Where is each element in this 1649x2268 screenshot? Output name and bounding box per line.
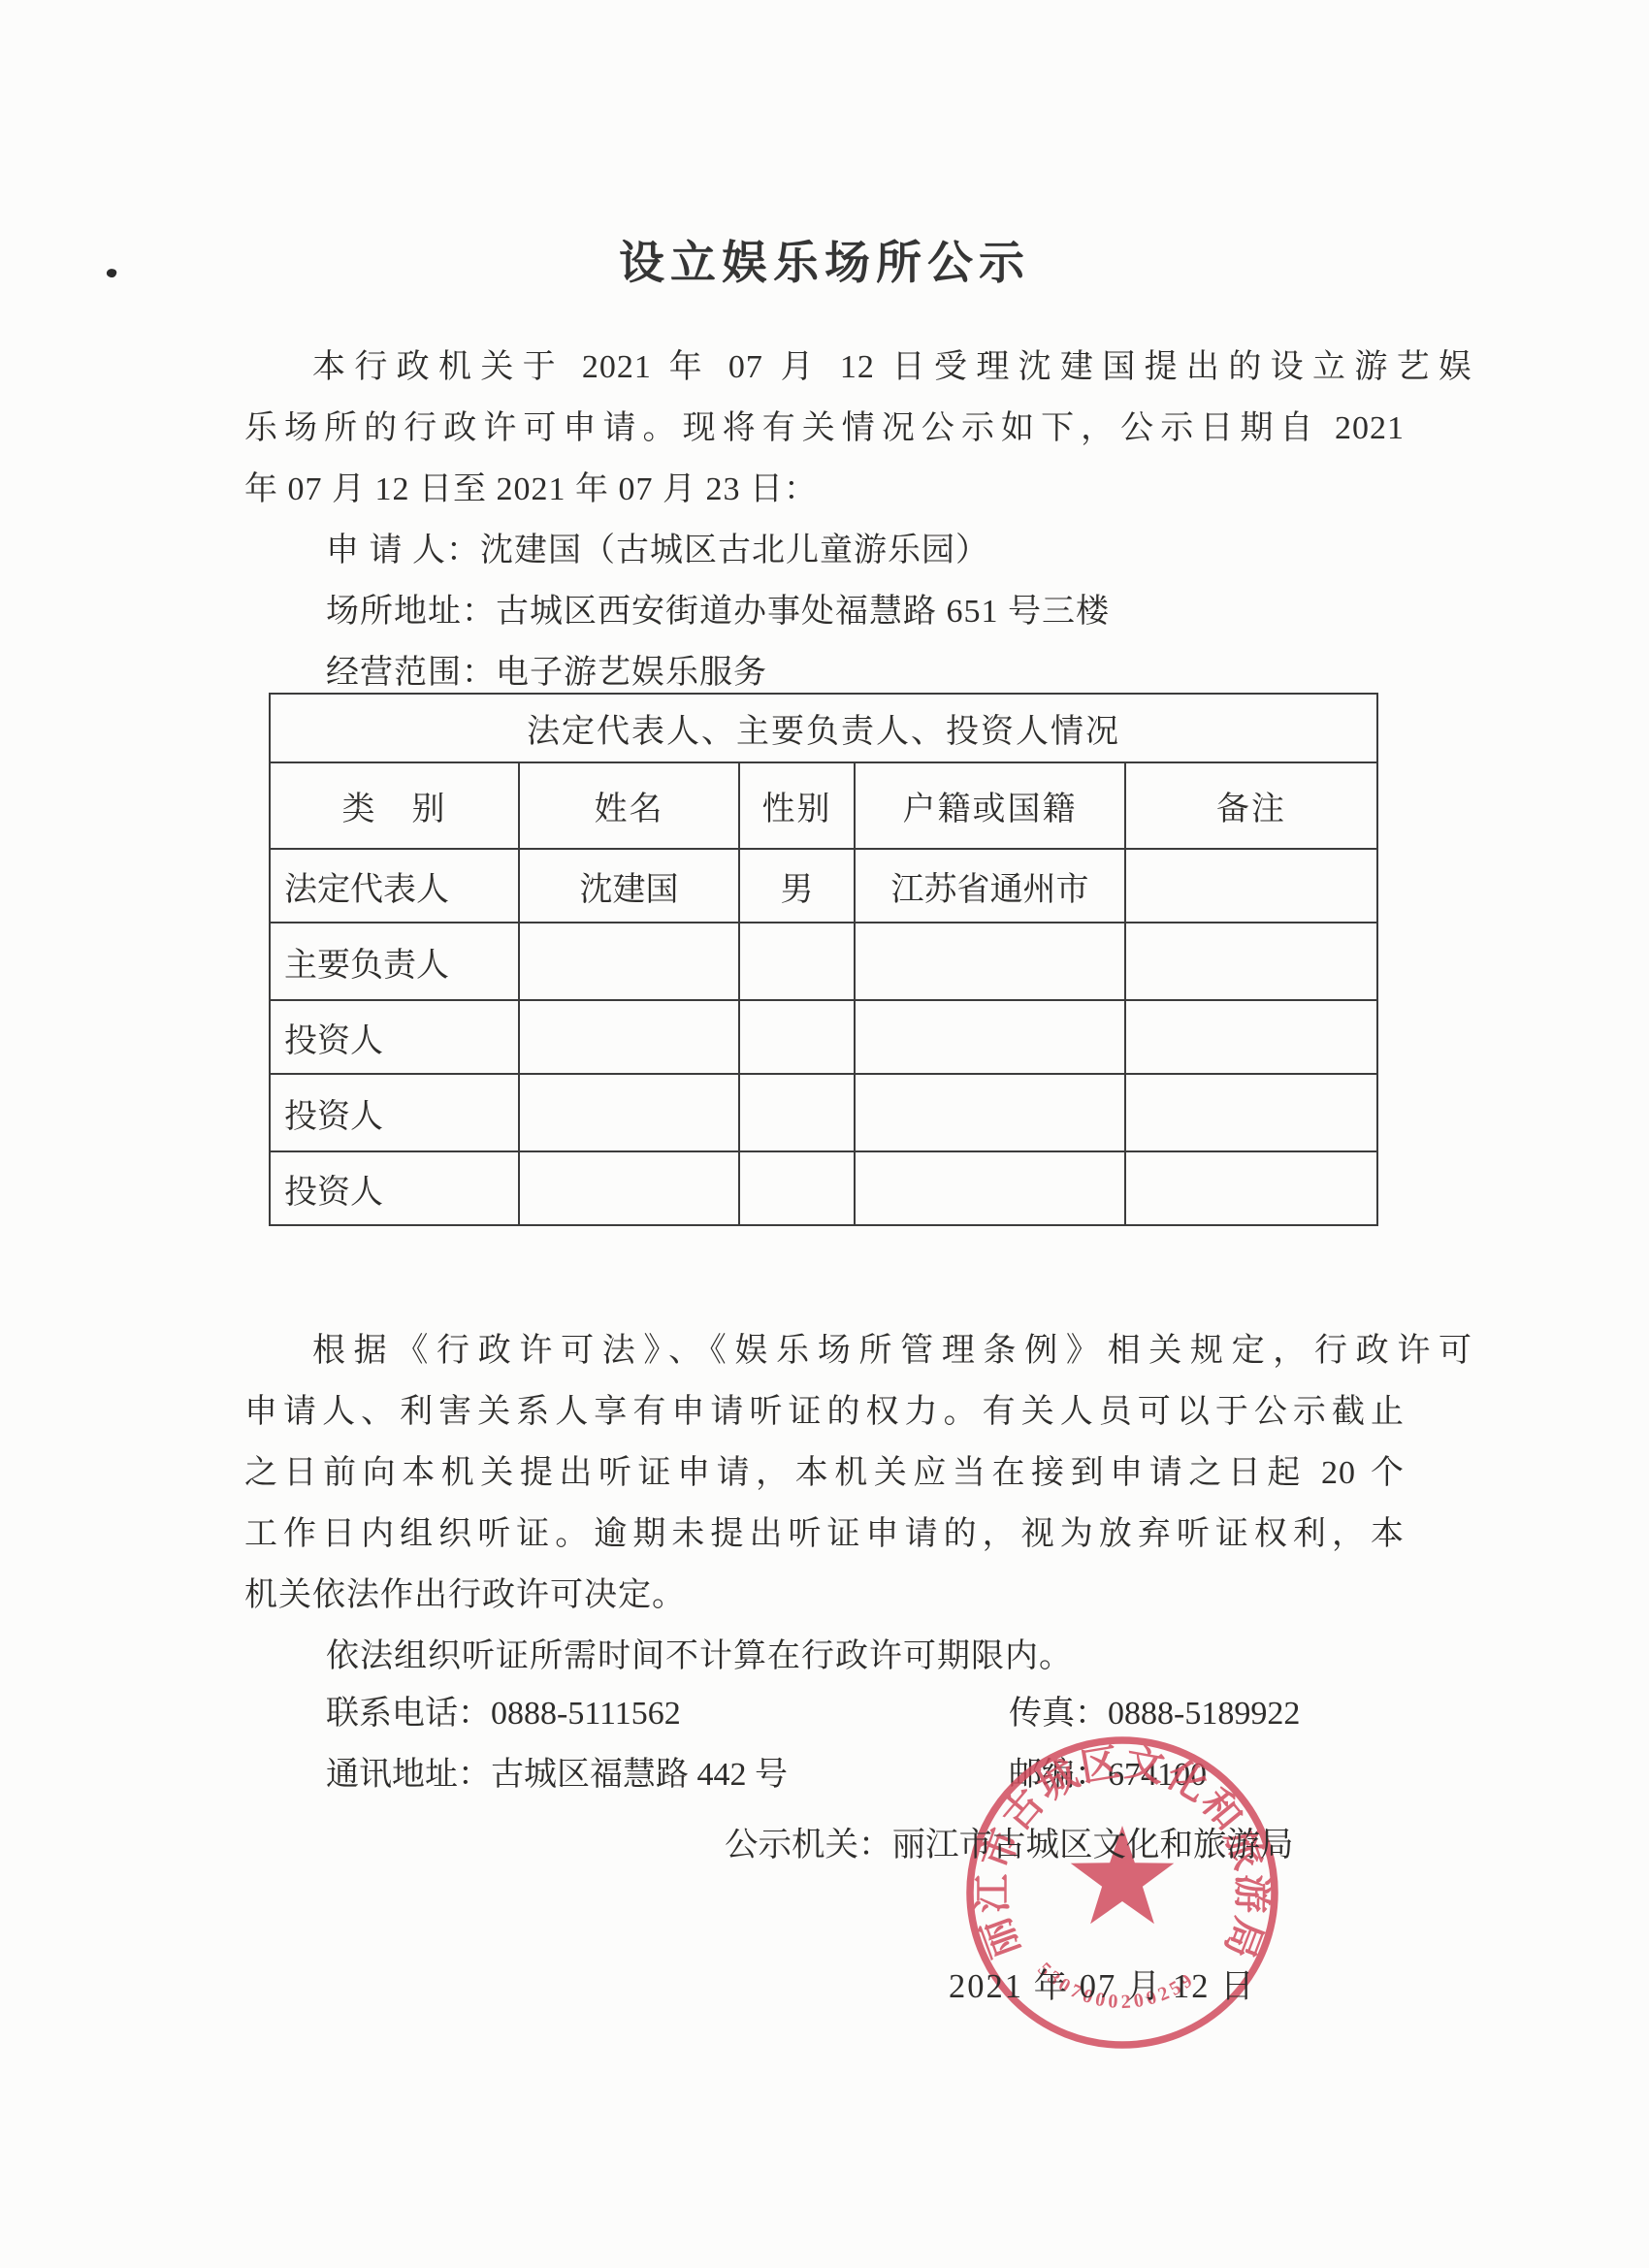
cell-nationality: 江苏省通州市 — [855, 849, 1125, 923]
intro-paragraph-line: 本行政机关于 2021 年 07 月 12 日受理沈建国提出的设立游艺娱 — [244, 337, 1472, 398]
intro-paragraph-line: 年 07 月 12 日至 2021 年 07 月 23 日： — [244, 459, 1405, 520]
mail-address-value: 古城区福慧路 442 号 — [491, 1757, 788, 1793]
table-row: 投资人 — [270, 1074, 1377, 1151]
row-label: 投资人 — [270, 1151, 519, 1225]
cell-gender — [739, 1074, 855, 1151]
hearing-paragraph-line: 根据《行政许可法》、《娱乐场所管理条例》相关规定，行政许可 — [244, 1320, 1472, 1381]
col-header-category: 类 别 — [270, 762, 519, 849]
cell-remarks — [1125, 923, 1377, 1000]
cell-nationality — [855, 923, 1125, 1000]
cell-remarks — [1125, 849, 1377, 923]
phone-line: 联系电话：0888-5111562 — [326, 1683, 681, 1744]
cell-remarks — [1125, 1151, 1377, 1225]
cell-gender: 男 — [739, 849, 855, 923]
table-row: 投资人 — [270, 1000, 1377, 1074]
persons-table: 法定代表人、主要负责人、投资人情况 类 别 姓名 性别 户籍或国籍 备注 法定代… — [269, 693, 1378, 1226]
table-row: 法定代表人 沈建国 男 江苏省通州市 — [270, 849, 1377, 923]
applicant-line: 申 请 人：沈建国（古城区古北儿童游乐园） — [244, 520, 1486, 581]
cell-nationality — [855, 1000, 1125, 1074]
cell-remarks — [1125, 1000, 1377, 1074]
issuer-name: 丽江市古城区文化和旅游局 — [892, 1827, 1294, 1863]
hearing-paragraph-line: 机关依法作出行政许可决定。 — [244, 1565, 1405, 1626]
issuer-line: 公示机关：丽江市古城区文化和旅游局 — [725, 1824, 1294, 1866]
cell-nationality — [855, 1074, 1125, 1151]
cell-gender — [739, 1151, 855, 1225]
cell-nationality — [855, 1151, 1125, 1225]
mail-address-label: 通讯地址： — [326, 1757, 491, 1793]
cell-name — [519, 1074, 739, 1151]
hearing-paragraph-line: 申请人、利害关系人享有申请听证的权力。有关人员可以于公示截止 — [244, 1381, 1405, 1442]
col-header-remarks: 备注 — [1125, 762, 1377, 849]
table-caption: 法定代表人、主要负责人、投资人情况 — [270, 694, 1377, 762]
table-row: 投资人 — [270, 1151, 1377, 1225]
page-title: 设立娱乐场所公示 — [0, 227, 1649, 292]
cell-name — [519, 1151, 739, 1225]
phone-label: 联系电话： — [326, 1696, 491, 1732]
hearing-paragraph-line: 之日前向本机关提出听证申请，本机关应当在接到申请之日起 20 个 — [244, 1442, 1405, 1504]
cell-remarks — [1125, 1074, 1377, 1151]
row-label: 主要负责人 — [270, 923, 519, 1000]
cell-name — [519, 1000, 739, 1074]
col-header-nationality: 户籍或国籍 — [855, 762, 1125, 849]
cell-name: 沈建国 — [519, 849, 739, 923]
col-header-gender: 性别 — [739, 762, 855, 849]
cell-gender — [739, 923, 855, 1000]
cell-name — [519, 923, 739, 1000]
table-row: 主要负责人 — [270, 923, 1377, 1000]
col-header-name: 姓名 — [519, 762, 739, 849]
intro-paragraph-line: 乐场所的行政许可申请。现将有关情况公示如下，公示日期自 2021 — [244, 398, 1405, 459]
venue-address-line: 场所地址：古城区西安街道办事处福慧路 651 号三楼 — [244, 581, 1486, 642]
row-label: 投资人 — [270, 1000, 519, 1074]
scanned-notice-page: 设立娱乐场所公示 本行政机关于 2021 年 07 月 12 日受理沈建国提出的… — [0, 0, 1649, 2268]
hearing-paragraph-line: 工作日内组织听证。逾期未提出听证申请的，视为放弃听证权利，本 — [244, 1504, 1405, 1565]
hearing-time-note: 依法组织听证所需时间不计算在行政许可期限内。 — [244, 1626, 1486, 1687]
row-label: 法定代表人 — [270, 849, 519, 923]
phone-number: 0888-5111562 — [491, 1696, 681, 1732]
table-caption-row: 法定代表人、主要负责人、投资人情况 — [270, 694, 1377, 762]
cell-gender — [739, 1000, 855, 1074]
row-label: 投资人 — [270, 1074, 519, 1151]
issuer-label: 公示机关： — [725, 1827, 892, 1863]
date-line: 2021 年 07 月 12 日 — [949, 1965, 1256, 2008]
official-seal: 丽江市古城区文化和旅游局 5307000200259 — [955, 1726, 1289, 2059]
table-header-row: 类 别 姓名 性别 户籍或国籍 备注 — [270, 762, 1377, 849]
mail-address-line: 通讯地址：古城区福慧路 442 号 — [326, 1744, 788, 1805]
